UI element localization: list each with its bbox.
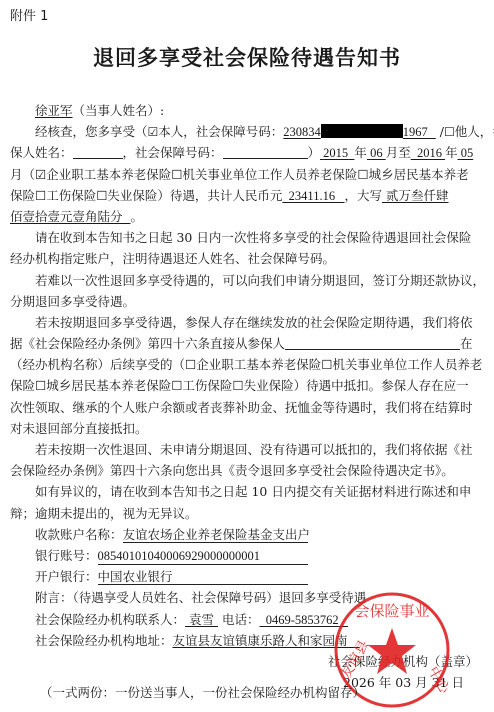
amount-value: 23411.16 <box>282 189 344 203</box>
insured-ssn-label: ，社会保障号码： <box>123 145 223 160</box>
insured-name-label: 保人姓名： <box>10 145 73 160</box>
account-number-line: 银行账号：08540101040006929000000001 <box>10 545 486 566</box>
copies-note: （一式两份：一份送当事人，一份社会保险经办机构留存） <box>40 683 365 701</box>
para4-line2: 会保险经办条例》第四十六条向您出具《责令退回多享受社会保险待遇决定书》。 <box>10 460 486 481</box>
redacted-ssn-block <box>321 124 403 138</box>
account-name-label: 收款账户名称： <box>35 527 123 542</box>
para5-line1: 如有异议的，请在收到本告知书之日起 10 日内提交有关证据材料进行陈述和申 <box>10 481 486 502</box>
para2-line1: 若难以一次性退回多享受待遇的，可以向我们申请分期退回，签订分期还款协议， <box>10 270 486 291</box>
end-year: 2016 <box>411 146 445 160</box>
para3-text: 据《社会保险经办条例》第四十六条直接从参保人 <box>10 336 285 351</box>
year-label: 年 <box>445 145 458 160</box>
para3-line2: 据《社会保险经办条例》第四十六条直接从参保人在 <box>10 333 486 354</box>
period: 。 <box>130 209 143 224</box>
checkbox-self-checked: ☑ <box>148 125 159 139</box>
insurance-types-cont: 保险☐工伤保险☐失业保险）待遇，共计人民币元 <box>10 188 282 203</box>
end-month: 05 <box>458 146 474 160</box>
month-to-label: 月至 <box>386 145 411 160</box>
recipient-name: 徐亚军 <box>35 103 73 118</box>
svg-text:友谊县: 友谊县 <box>337 637 373 682</box>
bank-line: 开户银行：中国农业银行 <box>10 566 486 587</box>
amount-upper-2: 佰壹拾壹元壹角陆分 <box>10 209 130 224</box>
attachment-label: 附件 1 <box>10 5 48 24</box>
other-label: 他人，参 <box>455 124 494 139</box>
para3-line3: （经办机构名称）后续享受的（☐企业职工基本养老保险☐机关事业单位工作人员养老 <box>10 354 486 375</box>
paren: ） <box>308 145 321 160</box>
insured-name-blank <box>73 144 123 159</box>
para5-line2: 辩；逾期未提出的，视为无异议。 <box>10 503 486 524</box>
address-label: 社会保险经办机构地址： <box>35 633 173 648</box>
year-label: 年 <box>354 145 367 160</box>
para1-line1: 请在收到本告知书之日起 30 日内一次性将多享受的社会保险待遇退回社会保险 <box>10 227 486 248</box>
separator: / <box>436 124 444 139</box>
document-title: 退回多享受社会保险待遇告知书 <box>0 42 494 72</box>
verification-line-2: 保人姓名：，社会保障号码：） 2015 年 06 月至 2016 年 05 <box>10 142 486 163</box>
agency-name-blank <box>285 335 460 350</box>
para1-line2: 经办机构指定账户，注明待遇退还人姓名、社会保障号码。 <box>10 248 486 269</box>
account-name-value: 友谊农场企业养老保险基金支出户 <box>123 527 308 543</box>
amount-upper-label: ，大写 <box>344 188 382 203</box>
ssn-suffix: 1967 <box>403 125 428 139</box>
para3-line4: 保险☐城乡居民基本养老保险☐工伤保险☐失业保险）待遇中抵扣。参保人存在应一 <box>10 375 486 396</box>
ssn-prefix: 230834 <box>283 125 321 139</box>
para4-line1: 若未按期一次性退回、未申请分期退回、没有待遇可以抵扣的，我们将依据《社 <box>10 439 486 460</box>
recipient-hint: （当事人姓名）: <box>73 103 165 118</box>
phone-label: 电话： <box>222 612 260 627</box>
para3-line6: 对未退回部分直接抵扣。 <box>10 418 486 439</box>
para2-line2: 分期退回多享受待遇。 <box>10 291 486 312</box>
intro-text: 经核查，您多享受（ <box>35 124 148 139</box>
insurance-types: ☑企业职工基本养老保险☐机关事业单位工作人员养老保险☐城乡居民基本养老 <box>35 167 469 182</box>
para3-line5: 次性领取、继承的个人账户余额或者丧葬补助金、抚恤金等待遇时，我们将在结算时 <box>10 397 486 418</box>
verification-line-4: 保险☐工伤保险☐失业保险）待遇，共计人民币元 23411.16 ，大写 贰万叁仟… <box>10 185 486 206</box>
verification-line-5: 佰壹拾壹元壹角陆分 。 <box>10 206 486 227</box>
contact-label: 社会保险经办机构联系人： <box>35 612 185 627</box>
account-number-label: 银行账号： <box>35 548 98 563</box>
para3-line1: 若未按期退回多享受待遇，参保人存在继续发放的社会保险定期待遇，我们将依 <box>10 312 486 333</box>
start-year: 2015 <box>320 146 354 160</box>
verification-line-1: 经核查，您多享受（☑本人，社会保障号码：2308341967 /☐他人，参 <box>10 121 486 142</box>
account-name-line: 收款账户名称：友谊农场企业养老保险基金支出户 <box>10 524 486 545</box>
self-label: 本人，社会保障号码： <box>158 124 283 139</box>
verification-line-3: 月（☑企业职工基本养老保险☐机关事业单位工作人员养老保险☐城乡居民基本养老 <box>10 164 486 185</box>
month-label: 月（ <box>10 167 35 182</box>
bank-label: 开户银行： <box>35 569 98 584</box>
bank-value: 中国农业银行 <box>98 569 308 585</box>
salutation-line: 徐亚军（当事人姓名）: <box>10 100 486 121</box>
account-number-value: 08540101040006929000000001 <box>98 549 308 565</box>
insured-ssn-blank <box>223 144 308 159</box>
para3-text-end: 在 <box>460 336 473 351</box>
contact-value: 袁雪 <box>185 612 218 627</box>
start-month: 06 <box>367 146 386 160</box>
svg-text:会保险事业: 会保险事业 <box>354 602 429 620</box>
amount-upper-1: 贰万叁仟肆 <box>382 188 449 203</box>
checkbox-other-unchecked: ☐ <box>444 125 455 139</box>
